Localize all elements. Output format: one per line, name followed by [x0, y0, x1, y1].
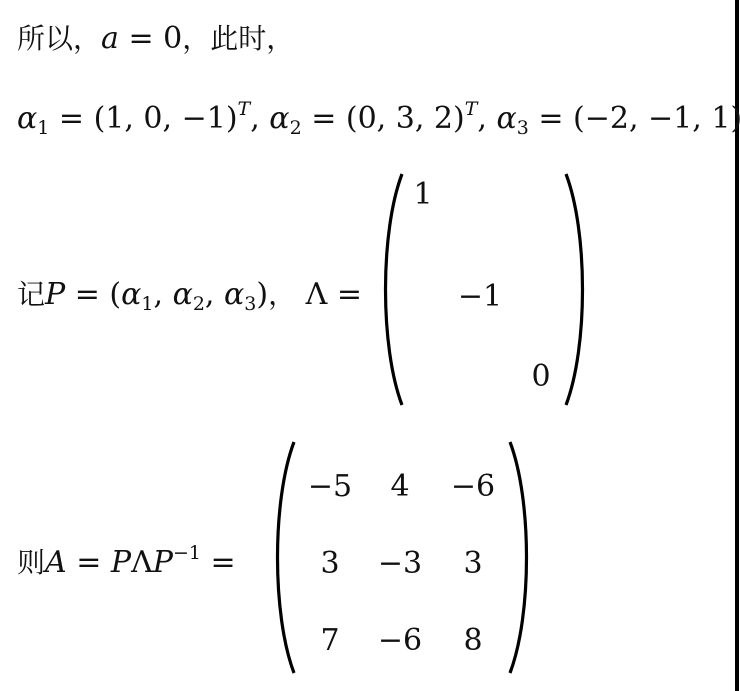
vector-alpha2: = (0, 3, 2)	[302, 101, 465, 136]
eq-open: = (	[65, 277, 121, 312]
result-matrix: −5 4 −6 3 −3 3 7 −6 8	[270, 440, 530, 675]
vector-alpha1: = (1, 0, −1)	[49, 101, 237, 136]
matrix-cell: −1	[450, 282, 510, 312]
alpha-symbol: α	[224, 277, 244, 312]
subscript: 1	[37, 117, 49, 139]
subscript: 2	[290, 117, 302, 139]
matrix-cell: 8	[443, 626, 503, 656]
alpha-symbol: α	[17, 101, 37, 136]
lambda-matrix: 1 −1 0	[378, 172, 588, 407]
line-conclusion: 所以，a = 0，此时，	[17, 24, 294, 54]
alpha-symbol: α	[496, 101, 516, 136]
right-paren-icon	[504, 440, 534, 675]
transpose: T	[238, 98, 251, 120]
eq-zero: = 0	[119, 21, 182, 56]
var-P: P	[153, 545, 173, 580]
matrix-cell: 4	[370, 472, 430, 502]
subscript: 3	[517, 117, 529, 139]
vector-alpha3: = (−2, −1, 1)	[529, 101, 740, 136]
transpose: T	[465, 98, 478, 120]
text-ji: 记	[17, 278, 45, 311]
eq: =	[67, 545, 111, 580]
matrix-cell: −6	[370, 626, 430, 656]
left-paren-icon	[270, 440, 300, 675]
separator: ,	[153, 277, 172, 312]
separator: ,	[250, 101, 269, 136]
lambda-symbol: Λ	[131, 545, 153, 580]
separator: ,	[205, 277, 224, 312]
alpha-symbol: α	[173, 277, 193, 312]
line-define-p-lambda: 记P = (α1, α2, α3)， Λ =	[17, 280, 362, 310]
line-result-A: 则A = PΛP−1 =	[17, 548, 236, 578]
matrix-cell: 1	[393, 180, 453, 210]
text-ze: 则	[17, 546, 45, 579]
subscript: 1	[141, 293, 153, 315]
eq: =	[201, 545, 236, 580]
matrix-cell: 7	[300, 626, 360, 656]
matrix-cell: −5	[300, 472, 360, 502]
text-cishi: ，此时，	[182, 22, 294, 55]
alpha-symbol: α	[121, 277, 141, 312]
line-eigenvectors: α1 = (1, 0, −1)T, α2 = (0, 3, 2)T, α3 = …	[17, 104, 740, 134]
matrix-cell: 0	[511, 362, 571, 392]
cjk-comma: ，	[268, 278, 296, 311]
var-P: P	[111, 545, 131, 580]
matrix-cell: 3	[443, 549, 503, 579]
close-paren: )	[256, 277, 268, 312]
var-A: A	[45, 545, 67, 580]
matrix-cell: −3	[370, 549, 430, 579]
subscript: 2	[193, 293, 205, 315]
var-a: a	[101, 21, 119, 56]
text-suoyi: 所以，	[17, 22, 101, 55]
lambda-eq: Λ =	[296, 277, 362, 312]
separator: ,	[477, 101, 496, 136]
matrix-cell: 3	[300, 549, 360, 579]
matrix-cell: −6	[443, 472, 503, 502]
var-P: P	[45, 277, 65, 312]
inverse-exponent: −1	[173, 542, 201, 564]
alpha-symbol: α	[269, 101, 289, 136]
subscript: 3	[244, 293, 256, 315]
